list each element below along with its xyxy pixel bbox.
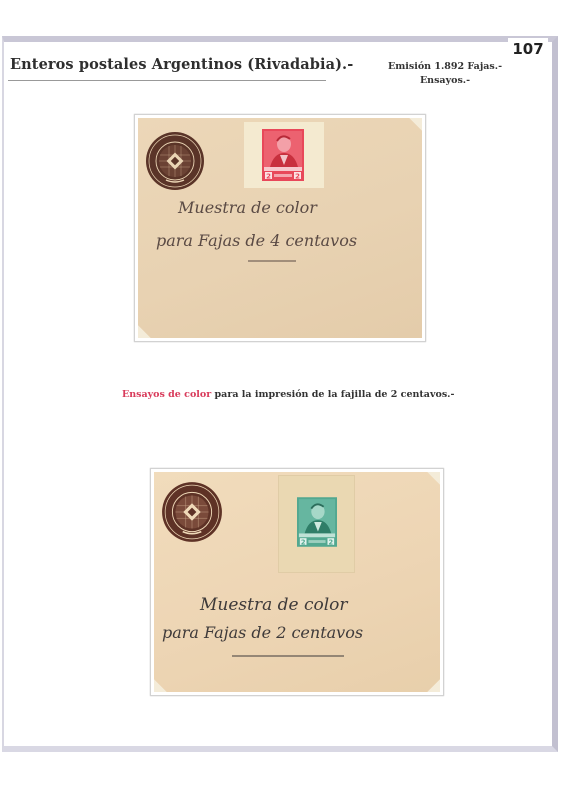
issue-subline: Ensayos.- xyxy=(370,74,520,88)
caption-accent: Ensayos de color xyxy=(122,389,211,400)
title-underline xyxy=(8,80,326,81)
album-page: 107 Enteros postales Argentinos (Rivadab… xyxy=(2,36,558,752)
issue-line: Emisión 1.892 Fajas.- xyxy=(370,60,520,74)
caption-text: para la impresión de la fajilla de 2 cen… xyxy=(211,389,454,400)
section-caption: Ensayos de color para la impresión de la… xyxy=(122,389,454,400)
page-title: Enteros postales Argentinos (Rivadabia).… xyxy=(10,56,353,73)
cover-paper: 2 2 Muestra de color para Fajas de 2 cen… xyxy=(154,472,440,692)
postal-cover-red: 2 2 Muestra de color para Fajas de 4 cen… xyxy=(134,114,426,342)
cover-paper: 2 2 Muestra de color para Fajas de 4 cen… xyxy=(138,118,422,338)
page-number: 107 xyxy=(508,38,548,60)
handwritten-note: Muestra de color para Fajas de 2 centavo… xyxy=(154,472,440,692)
note-line-2: para Fajas de 2 centavos xyxy=(162,623,363,642)
note-line-1: Muestra de color xyxy=(177,198,318,217)
handwritten-note: Muestra de color para Fajas de 4 centavo… xyxy=(138,118,422,338)
note-line-1: Muestra de color xyxy=(199,595,348,615)
postal-cover-green: 2 2 Muestra de color para Fajas de 2 cen… xyxy=(150,468,444,696)
issue-heading: Emisión 1.892 Fajas.- Ensayos.- xyxy=(370,60,520,88)
note-line-2: para Fajas de 4 centavos xyxy=(156,231,357,250)
